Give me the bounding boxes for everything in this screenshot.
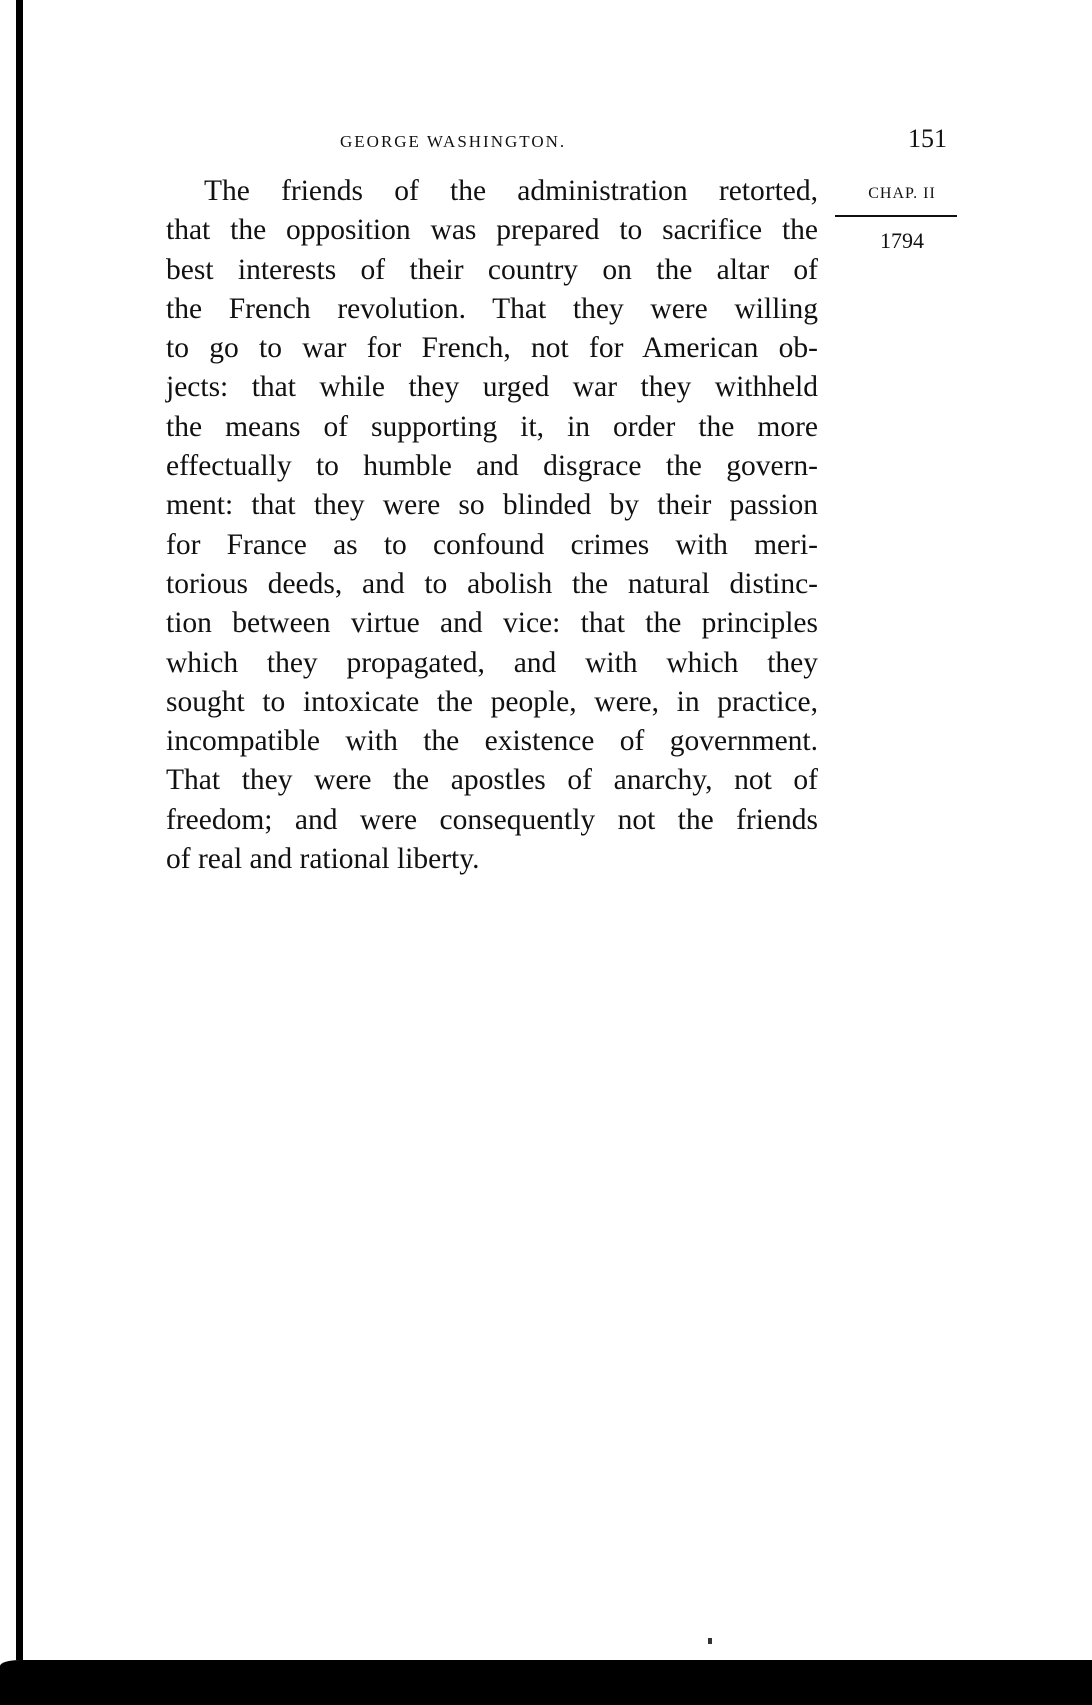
page-bottom-shadow bbox=[0, 1660, 1092, 1705]
text-line: that the opposition was prepared to sacr… bbox=[166, 211, 818, 250]
sidenote-year: 1794 bbox=[848, 228, 956, 254]
text-line: jects: that while they urged war they wi… bbox=[166, 368, 818, 407]
text-line: ment: that they were so blinded by their… bbox=[166, 486, 818, 525]
text-line: of real and rational liberty. bbox=[166, 840, 818, 879]
text-line: which they propagated, and with which th… bbox=[166, 644, 818, 683]
text-line: best interests of their country on the a… bbox=[166, 251, 818, 290]
sidenote-chapter: CHAP. II bbox=[848, 185, 956, 203]
text-line: freedom; and were consequently not the f… bbox=[166, 801, 818, 840]
text-line: incompatible with the existence of gover… bbox=[166, 722, 818, 761]
text-line: for France as to confound crimes with me… bbox=[166, 526, 818, 565]
page-edge-shadow bbox=[16, 0, 23, 1660]
running-head: GEORGE WASHINGTON. bbox=[340, 132, 566, 152]
text-line: to go to war for French, not for America… bbox=[166, 329, 818, 368]
text-line: torious deeds, and to abolish the natura… bbox=[166, 565, 818, 604]
sidenote-divider bbox=[835, 215, 957, 217]
text-line: the means of supporting it, in order the… bbox=[166, 408, 818, 447]
text-line: That they were the apostles of anarchy, … bbox=[166, 761, 818, 800]
text-line: effectually to humble and disgrace the g… bbox=[166, 447, 818, 486]
body-paragraph: The friends of the administration retort… bbox=[166, 172, 818, 879]
text-line: The friends of the administration retort… bbox=[166, 172, 818, 211]
text-line: the French revolution. That they were wi… bbox=[166, 290, 818, 329]
text-line: sought to intoxicate the people, were, i… bbox=[166, 683, 818, 722]
text-line: tion between virtue and vice: that the p… bbox=[166, 604, 818, 643]
scan-speck bbox=[708, 1638, 712, 1644]
page-number: 151 bbox=[908, 124, 947, 154]
